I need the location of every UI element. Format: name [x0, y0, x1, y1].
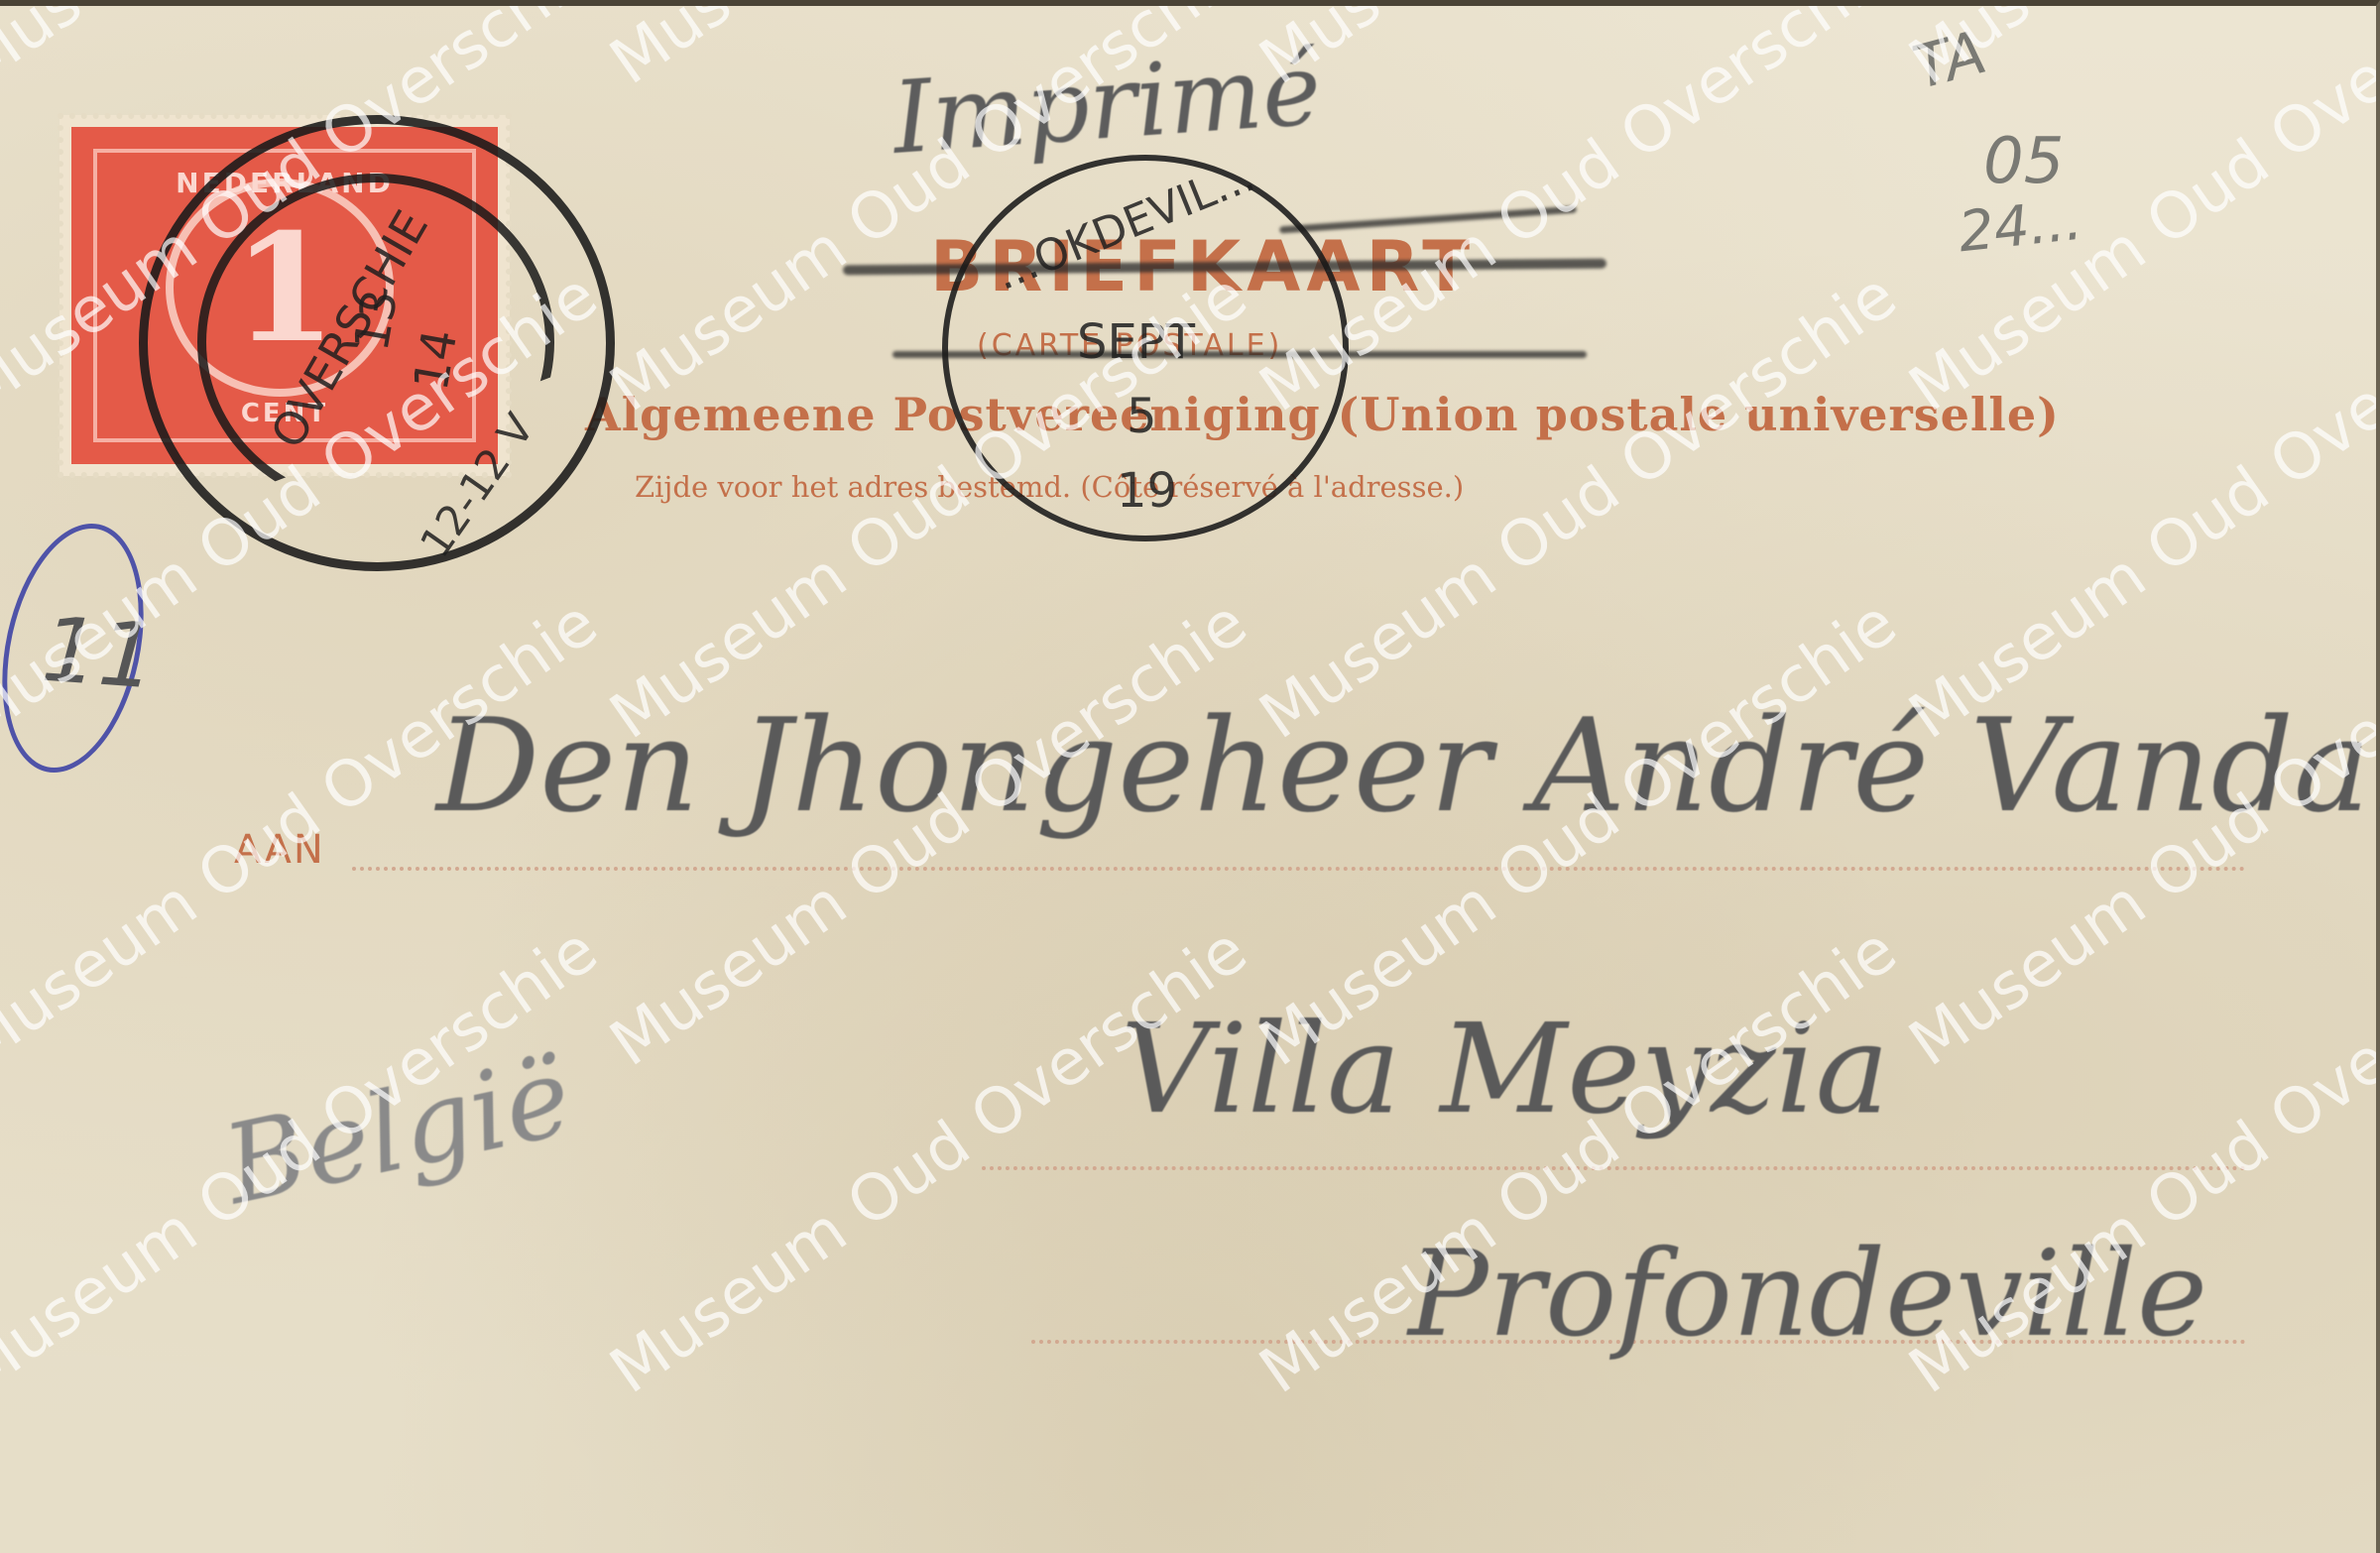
address-country: België [214, 1032, 582, 1229]
postmark-day: 13 [344, 286, 410, 355]
address-line-1-rule [352, 867, 2246, 871]
address-town: Profondeville [1408, 1226, 2207, 1364]
address-line-2-rule [982, 1166, 2246, 1170]
postmark-overschie: OVERSCHIE 13 14 12-12 V [139, 115, 615, 571]
postmark-month: 14 [404, 325, 469, 395]
postmark-transit: ...OKDEVIL... SEPT 5 19 [942, 155, 1349, 541]
postmark-year: 19 [1117, 463, 1177, 519]
blue-circled-mark: 11 [0, 511, 165, 785]
watermark-text: Museum Oud Overschie [1897, 259, 2376, 754]
postmark-day: 5 [1127, 389, 1157, 444]
pencil-note-3: 24... [1956, 188, 2085, 266]
postmark-time: 12-12 V [411, 405, 543, 566]
postmark-place: ...OKDEVIL... [989, 151, 1262, 300]
postcard: BRIEFKAART (CARTE POSTALE) Algemeene Pos… [0, 0, 2380, 1553]
watermark-text: Museum Oud Overschie [1248, 6, 1910, 99]
circled-mark-text: 11 [39, 598, 160, 710]
addressee-label: AAN [234, 827, 325, 873]
address-villa: Villa Meyzia [1121, 998, 1889, 1141]
pencil-note-2: 05 [1983, 125, 2064, 198]
address-recipient: Den Jhongeheer André Vandam [436, 690, 2380, 841]
watermark-text: Museum Oud Overschie [598, 913, 1260, 1408]
pencil-note-1: TA [1906, 18, 1993, 103]
postmark-month: SEPT [1077, 314, 1195, 370]
handwritten-imprime: Imprimé [889, 31, 1324, 177]
watermark-text: Museum Oud Overschie [0, 6, 611, 99]
